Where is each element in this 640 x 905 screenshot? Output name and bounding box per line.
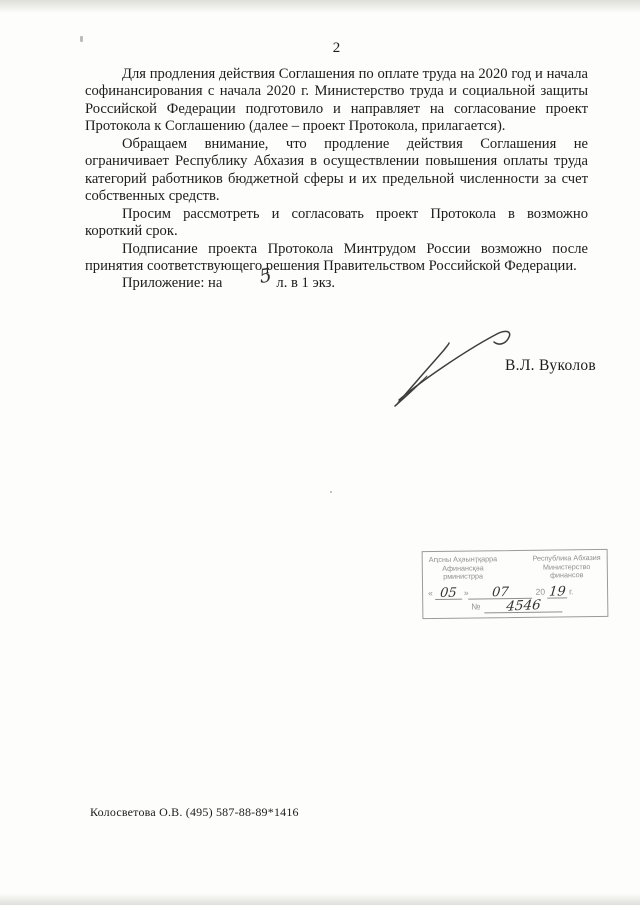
stamp-org-abkhaz: Аԥсны Аҳәынҭқарра Афинансқәа рминистрра xyxy=(429,555,498,582)
handwritten-number: 4546 xyxy=(506,600,542,613)
attachment-line: Приложение: на5л. в 1 экз. xyxy=(85,275,588,292)
signature-stroke-main xyxy=(399,331,510,400)
scan-speck xyxy=(80,36,83,42)
signature-stroke-doubling xyxy=(397,376,427,404)
page-number: 2 xyxy=(85,40,588,57)
stamp-number-label: № xyxy=(471,601,480,611)
stamp-number-blank: 4546 xyxy=(484,599,562,613)
stamp-org-russian: Республика Абхазия Министерство финансов xyxy=(532,554,601,581)
scan-artifact-bottom xyxy=(0,893,640,905)
executor-contact: Колосветова О.В. (495) 587-88-89*1416 xyxy=(90,805,299,820)
stamp-day-blank: 05 xyxy=(435,586,462,599)
attachment-prefix: Приложение: на xyxy=(122,275,222,291)
signatory-name: В.Л. Вуколов xyxy=(505,357,596,375)
paragraph-signing: Подписание проекта Протокола Минтрудом Р… xyxy=(85,241,588,276)
paragraph-request: Просим рассмотреть и согласовать проект … xyxy=(85,206,588,241)
paragraph-extension: Для продления действия Соглашения по опл… xyxy=(85,66,588,136)
stamp-year-blank: 19 xyxy=(547,585,567,598)
stamp-org-russian-line: финансов xyxy=(533,571,601,580)
stamp-org-columns: Аԥсны Аҳәынҭқарра Афинансқәа рминистрра … xyxy=(423,550,607,582)
handwritten-day: 05 xyxy=(440,587,458,598)
stamp-year-suffix: г. xyxy=(569,584,574,598)
registration-stamp: Аԥсны Аҳәынҭқарра Афинансқәа рминистрра … xyxy=(422,549,609,619)
paragraph-attention: Обращаем внимание, что продление действи… xyxy=(85,136,588,206)
stamp-quote-open: « xyxy=(428,586,433,600)
stamp-number-row: № 4546 xyxy=(471,599,607,614)
handwritten-month: 07 xyxy=(492,587,510,598)
letter-body: Для продления действия Соглашения по опл… xyxy=(85,66,588,293)
attachment-suffix: л. в 1 экз. xyxy=(276,275,335,291)
stamp-org-abkhaz-line: рминистрра xyxy=(429,572,497,581)
handwritten-year: 19 xyxy=(548,586,566,597)
scan-artifact-top xyxy=(0,0,640,13)
signature-stroke-second xyxy=(398,343,449,403)
scanned-letter-page: 2 Для продления действия Соглашения по о… xyxy=(0,0,640,905)
scan-speck xyxy=(330,491,332,493)
